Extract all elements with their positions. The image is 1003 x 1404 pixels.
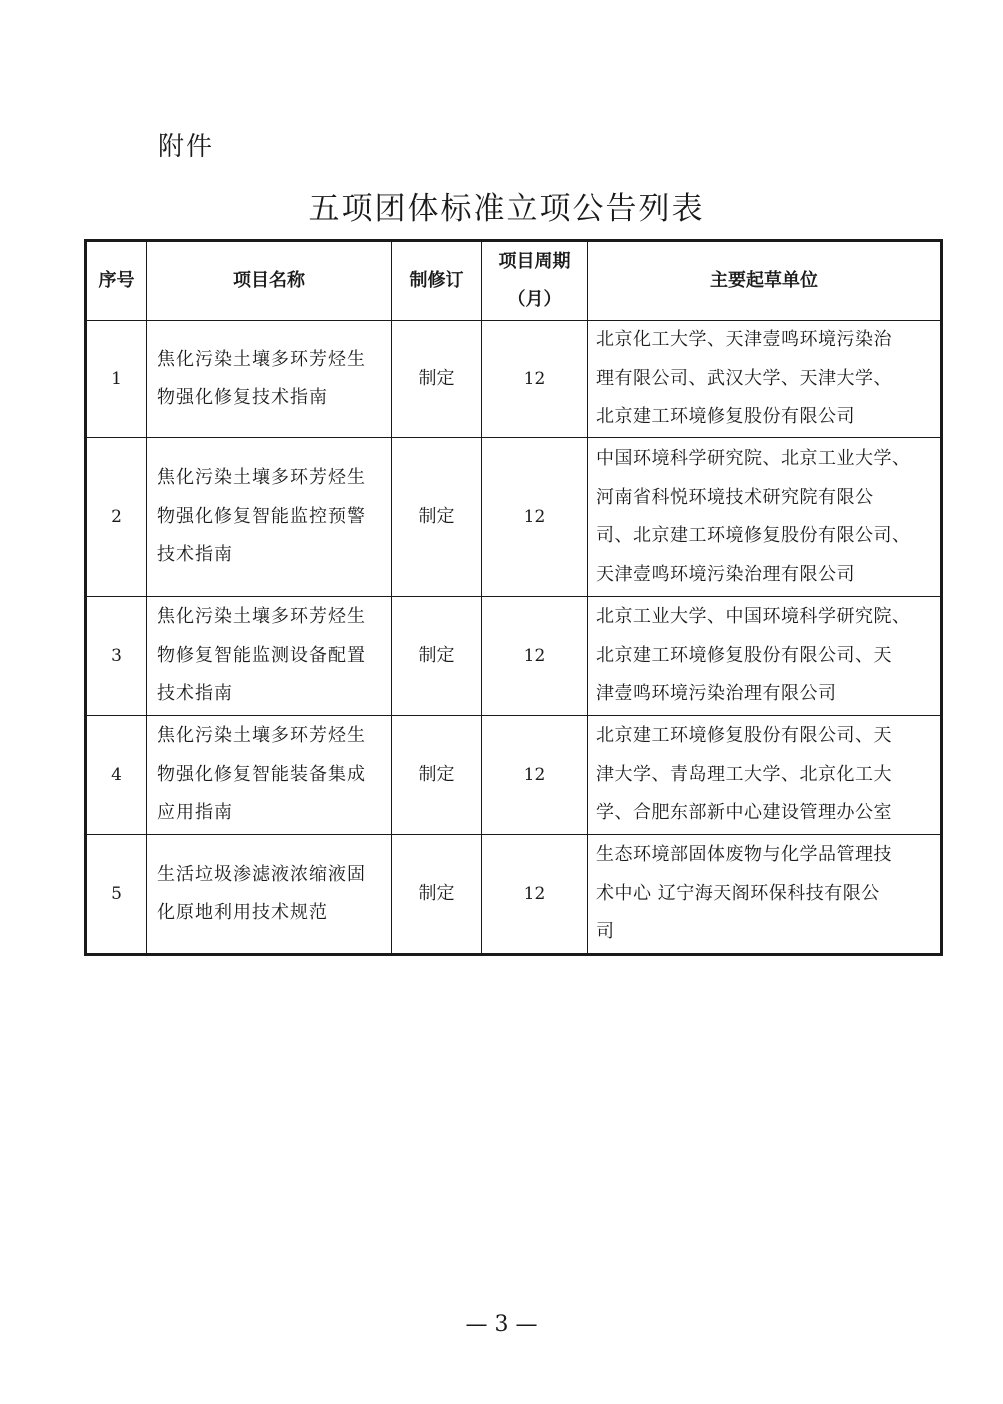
- name-line: 应用指南: [157, 794, 383, 833]
- name-line: 化原地利用技术规范: [157, 894, 383, 933]
- name-line: 物强化修复智能监控预警: [157, 498, 383, 537]
- name-line: 技术指南: [157, 536, 383, 575]
- row-project-name: 焦化污染土壤多环芳烃生 物强化修复技术指南: [147, 321, 392, 438]
- org-line: 学、合肥东部新中心建设管理办公室: [596, 794, 934, 833]
- org-line: 司、北京建工环境修复股份有限公司、: [596, 517, 934, 556]
- row-project-name: 焦化污染土壤多环芳烃生 物强化修复智能监控预警 技术指南: [147, 438, 392, 597]
- table-row: 2 焦化污染土壤多环芳烃生 物强化修复智能监控预警 技术指南 制定 12 中国环…: [86, 438, 942, 597]
- row-revision-type: 制定: [392, 835, 482, 955]
- org-line: 北京建工环境修复股份有限公司、天: [596, 717, 934, 756]
- name-line: 物修复智能监测设备配置: [157, 637, 383, 676]
- name-line: 技术指南: [157, 675, 383, 714]
- row-period: 12: [482, 597, 588, 716]
- name-line: 焦化污染土壤多环芳烃生: [157, 598, 383, 637]
- org-line: 北京建工环境修复股份有限公司: [596, 398, 934, 437]
- header-drafting-units: 主要起草单位: [588, 241, 942, 321]
- header-revision-type: 制修订: [392, 241, 482, 321]
- name-line: 生活垃圾渗滤液浓缩液固: [157, 856, 383, 895]
- org-line: 北京建工环境修复股份有限公司、天: [596, 637, 934, 676]
- table-row: 4 焦化污染土壤多环芳烃生 物强化修复智能装备集成 应用指南 制定 12 北京建…: [86, 716, 942, 835]
- name-line: 焦化污染土壤多环芳烃生: [157, 341, 383, 380]
- row-drafting-units: 中国环境科学研究院、北京工业大学、 河南省科悦环境技术研究院有限公 司、北京建工…: [588, 438, 942, 597]
- table-row: 5 生活垃圾渗滤液浓缩液固 化原地利用技术规范 制定 12 生态环境部固体废物与…: [86, 835, 942, 955]
- row-period: 12: [482, 716, 588, 835]
- org-line: 北京化工大学、天津壹鸣环境污染治: [596, 321, 934, 360]
- header-period-line1: 项目周期: [482, 243, 587, 281]
- document-title: 五项团体标准立项公告列表: [0, 183, 1003, 228]
- org-line: 北京工业大学、中国环境科学研究院、: [596, 598, 934, 637]
- header-period-line2: （月）: [482, 281, 587, 319]
- row-drafting-units: 北京化工大学、天津壹鸣环境污染治 理有限公司、武汉大学、天津大学、 北京建工环境…: [588, 321, 942, 438]
- header-project-name: 项目名称: [147, 241, 392, 321]
- row-period: 12: [482, 835, 588, 955]
- row-index: 3: [86, 597, 147, 716]
- table-header-row: 序号 项目名称 制修订 项目周期 （月） 主要起草单位: [86, 241, 942, 321]
- header-project-period: 项目周期 （月）: [482, 241, 588, 321]
- attachment-label: 附件: [158, 126, 214, 163]
- row-drafting-units: 北京建工环境修复股份有限公司、天 津大学、青岛理工大学、北京化工大 学、合肥东部…: [588, 716, 942, 835]
- row-index: 2: [86, 438, 147, 597]
- row-index: 5: [86, 835, 147, 955]
- org-line: 河南省科悦环境技术研究院有限公: [596, 479, 934, 518]
- org-line: 天津壹鸣环境污染治理有限公司: [596, 556, 934, 595]
- page-number: — 3 —: [0, 1312, 1003, 1337]
- row-revision-type: 制定: [392, 597, 482, 716]
- name-line: 焦化污染土壤多环芳烃生: [157, 717, 383, 756]
- org-line: 津壹鸣环境污染治理有限公司: [596, 675, 934, 714]
- row-period: 12: [482, 321, 588, 438]
- org-line: 理有限公司、武汉大学、天津大学、: [596, 360, 934, 399]
- org-line: 司: [596, 913, 934, 952]
- row-revision-type: 制定: [392, 438, 482, 597]
- row-project-name: 生活垃圾渗滤液浓缩液固 化原地利用技术规范: [147, 835, 392, 955]
- table-row: 3 焦化污染土壤多环芳烃生 物修复智能监测设备配置 技术指南 制定 12 北京工…: [86, 597, 942, 716]
- org-line: 中国环境科学研究院、北京工业大学、: [596, 440, 934, 479]
- row-revision-type: 制定: [392, 321, 482, 438]
- header-index: 序号: [86, 241, 147, 321]
- row-project-name: 焦化污染土壤多环芳烃生 物强化修复智能装备集成 应用指南: [147, 716, 392, 835]
- row-index: 4: [86, 716, 147, 835]
- row-drafting-units: 生态环境部固体废物与化学品管理技 术中心 辽宁海天阁环保科技有限公 司: [588, 835, 942, 955]
- name-line: 物强化修复智能装备集成: [157, 756, 383, 795]
- org-line: 津大学、青岛理工大学、北京化工大: [596, 756, 934, 795]
- standards-table: 序号 项目名称 制修订 项目周期 （月） 主要起草单位 1 焦化污染土壤多环芳烃…: [84, 239, 943, 956]
- org-line: 生态环境部固体废物与化学品管理技: [596, 836, 934, 875]
- row-drafting-units: 北京工业大学、中国环境科学研究院、 北京建工环境修复股份有限公司、天 津壹鸣环境…: [588, 597, 942, 716]
- row-project-name: 焦化污染土壤多环芳烃生 物修复智能监测设备配置 技术指南: [147, 597, 392, 716]
- table-row: 1 焦化污染土壤多环芳烃生 物强化修复技术指南 制定 12 北京化工大学、天津壹…: [86, 321, 942, 438]
- row-index: 1: [86, 321, 147, 438]
- name-line: 物强化修复技术指南: [157, 379, 383, 418]
- row-period: 12: [482, 438, 588, 597]
- name-line: 焦化污染土壤多环芳烃生: [157, 459, 383, 498]
- org-line: 术中心 辽宁海天阁环保科技有限公: [596, 875, 934, 914]
- row-revision-type: 制定: [392, 716, 482, 835]
